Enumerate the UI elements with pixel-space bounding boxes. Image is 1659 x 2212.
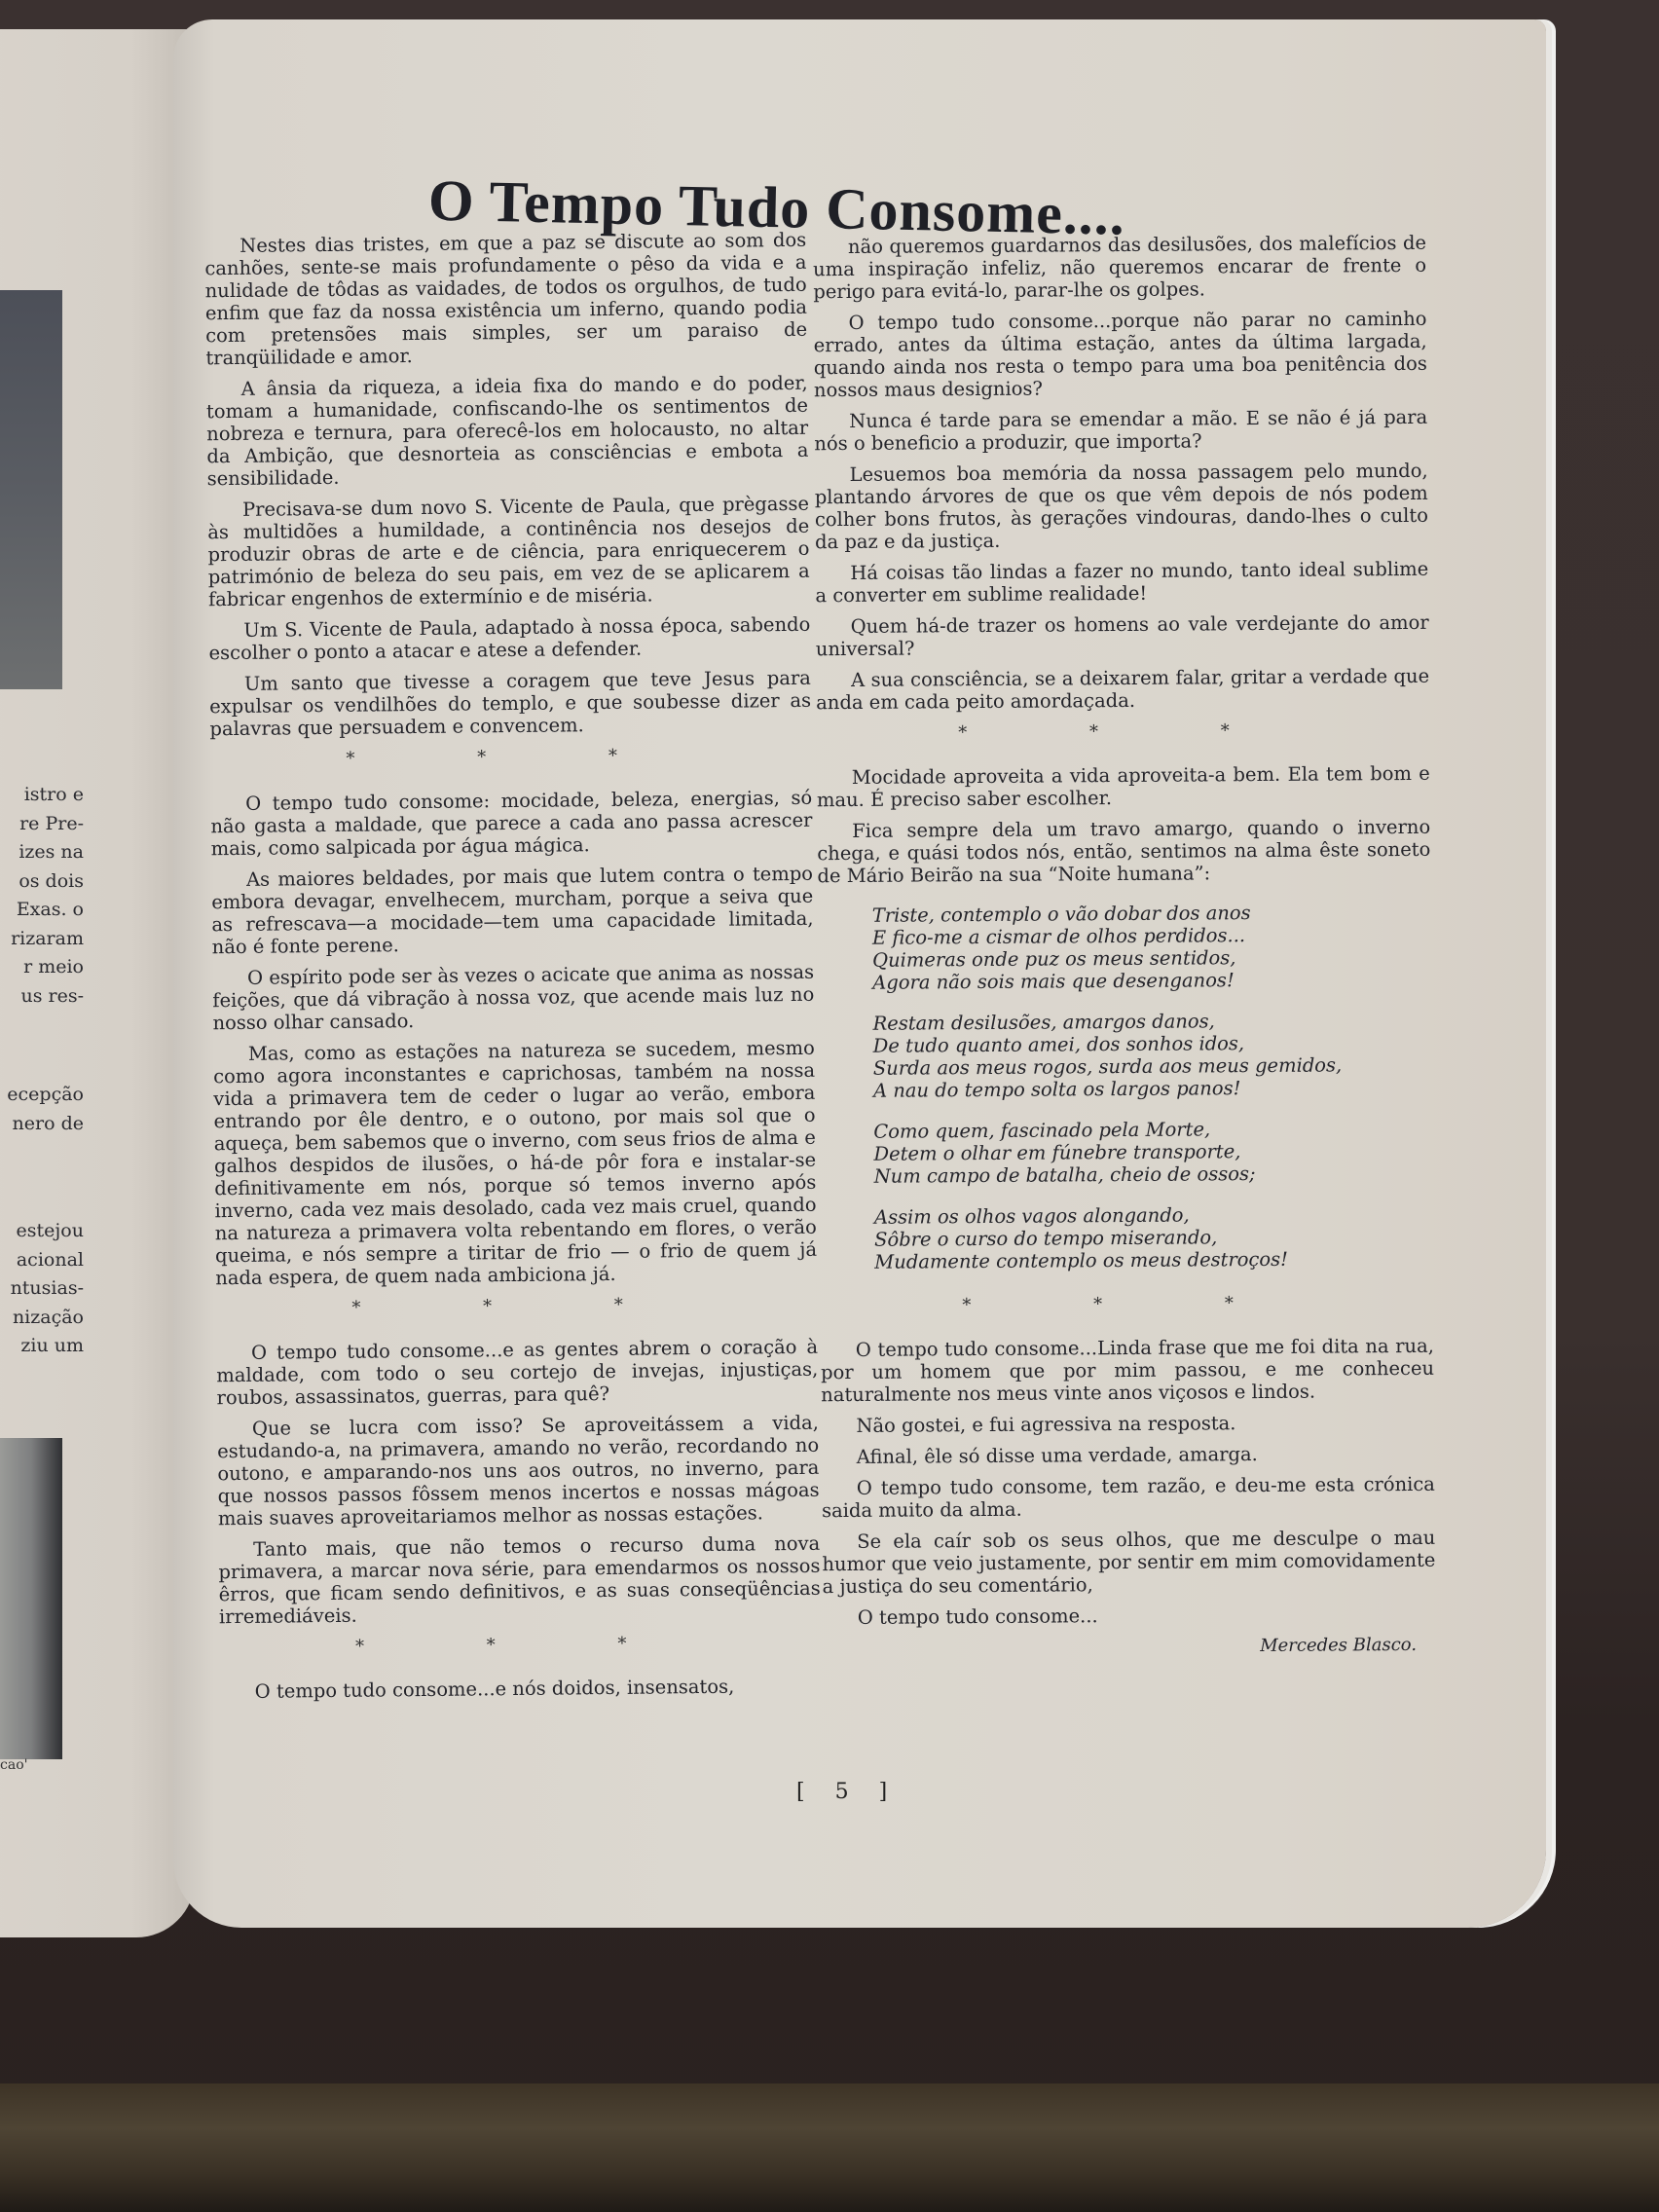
paragraph: Há coisas tão lindas a fazer no mundo, t… — [815, 558, 1428, 607]
section-separator: * * * — [210, 743, 812, 771]
photo-fragment-bottom — [0, 1438, 62, 1759]
paragraph: Mas, como as estações na natureza se suc… — [213, 1037, 818, 1289]
text-fragment: ecepção — [0, 1081, 84, 1110]
paragraph: Quem há-de trazer os homens ao vale verd… — [816, 611, 1429, 660]
text-fragment: re Pre- — [0, 810, 84, 839]
text-fragment: estejou — [0, 1217, 84, 1246]
paragraph: A sua consciência, se a deixarem falar, … — [816, 665, 1429, 714]
text-fragment: us res- — [0, 982, 84, 1012]
paragraph: não queremos guardarnos das desilusões, … — [813, 232, 1426, 303]
text-fragment: nero de — [0, 1110, 84, 1139]
text-fragment: os dois — [0, 867, 84, 897]
page-number: [ 5 ] — [796, 1780, 899, 1804]
paragraph: Tanto mais, que não temos o recurso duma… — [218, 1532, 821, 1628]
stanza: Assim os olhos vagos alongando,Sôbre o c… — [874, 1202, 1433, 1273]
photo-caption-fragment: cao' — [0, 1757, 27, 1773]
paragraph: Que se lucra com isso? Se aproveitássem … — [217, 1412, 820, 1530]
article-left-column: Nestes dias tristes, em que a paz se dis… — [204, 229, 822, 1712]
desk-surface — [0, 2083, 1659, 2212]
verse-line: Mudamente contemplo os meus destroços! — [874, 1247, 1433, 1273]
paragraph: Se ela caír sob os seus olhos, que me de… — [822, 1527, 1435, 1598]
sonnet: Triste, contemplo o vão dobar dos anosE … — [872, 901, 1434, 1273]
stanza: Triste, contemplo o vão dobar dos anosE … — [872, 901, 1432, 994]
paragraph: O tempo tudo consome...e nós doidos, ins… — [220, 1675, 822, 1703]
paragraph: O tempo tudo consome, tem razão, e deu-m… — [822, 1473, 1435, 1522]
paragraph: Um santo que tivesse a coragem que teve … — [209, 667, 812, 740]
text-fragment: acional — [0, 1246, 84, 1275]
paragraph: Lesuemos boa memória da nossa passagem p… — [815, 460, 1429, 553]
paragraph: Um S. Vicente de Paula, adaptado à nossa… — [208, 613, 810, 664]
left-page: istro e re Pre- izes na os dois Exas. o … — [0, 29, 195, 1937]
section-separator: * * * — [219, 1631, 821, 1659]
text-fragment: Exas. o — [0, 896, 84, 925]
verse-line: A nau do tempo solta os largos panos! — [873, 1076, 1432, 1102]
paragraph: O tempo tudo consome: mocidade, beleza, … — [210, 787, 813, 860]
paragraph: O tempo tudo consome...porque não parar … — [813, 308, 1427, 401]
paragraph: Fica sempre dela um travo amargo, quando… — [817, 816, 1430, 887]
paragraph: O tempo tudo consome...Linda frase que m… — [821, 1335, 1434, 1406]
left-page-text-middle: ecepção nero de — [0, 1081, 84, 1138]
paragraph: O tempo tudo consome...e as gentes abrem… — [216, 1336, 819, 1409]
left-page-text-lower: estejou acional ntusias- nização ziu um — [0, 1217, 84, 1361]
left-page-text-upper: istro e re Pre- izes na os dois Exas. o … — [0, 781, 84, 1011]
paragraph: As maiores beldades, por mais que lutem … — [211, 863, 814, 958]
paragraph: O espírito pode ser às vezes o acicate q… — [212, 961, 815, 1034]
text-fragment: r meio — [0, 953, 84, 982]
author-signature: Mercedes Blasco. — [823, 1634, 1417, 1660]
paragraph: A ânsia da riqueza, a ideia fixa do mand… — [206, 372, 809, 490]
section-separator: * * * — [816, 719, 1429, 745]
paragraph: Afinal, êle só disse uma verdade, amarga… — [822, 1442, 1435, 1468]
text-fragment: rizaram — [0, 925, 84, 954]
stanza: Como quem, fascinado pela Morte,Detem o … — [873, 1117, 1432, 1188]
text-fragment: nização — [0, 1304, 84, 1333]
paragraph: Mocidade aproveita a vida aproveita-a be… — [817, 762, 1430, 811]
text-fragment: istro e — [0, 781, 84, 810]
verse-line: Agora não sois mais que desenganos! — [872, 968, 1431, 994]
section-separator: * * * — [216, 1292, 818, 1320]
verse-line: Num campo de batalha, cheio de ossos; — [874, 1161, 1433, 1188]
photo-fragment-top — [0, 290, 62, 689]
stanza: Restam desilusões, amargos danos,De tudo… — [872, 1009, 1432, 1102]
text-fragment: ntusias- — [0, 1274, 84, 1304]
paragraph: Nunca é tarde para se emendar a mão. E s… — [814, 406, 1427, 455]
paragraph: Precisava-se dum novo S. Vicente de Paul… — [207, 493, 810, 610]
paragraph: O tempo tudo consome... — [823, 1603, 1436, 1629]
paragraph: Nestes dias tristes, em que a paz se dis… — [204, 229, 807, 369]
text-fragment: izes na — [0, 838, 84, 867]
section-separator: * * * — [820, 1291, 1433, 1317]
article-right-column: não queremos guardarnos das desilusões, … — [813, 232, 1436, 1660]
paragraph: Não gostei, e fui agressiva na resposta. — [821, 1411, 1434, 1437]
text-fragment: ziu um — [0, 1332, 84, 1361]
